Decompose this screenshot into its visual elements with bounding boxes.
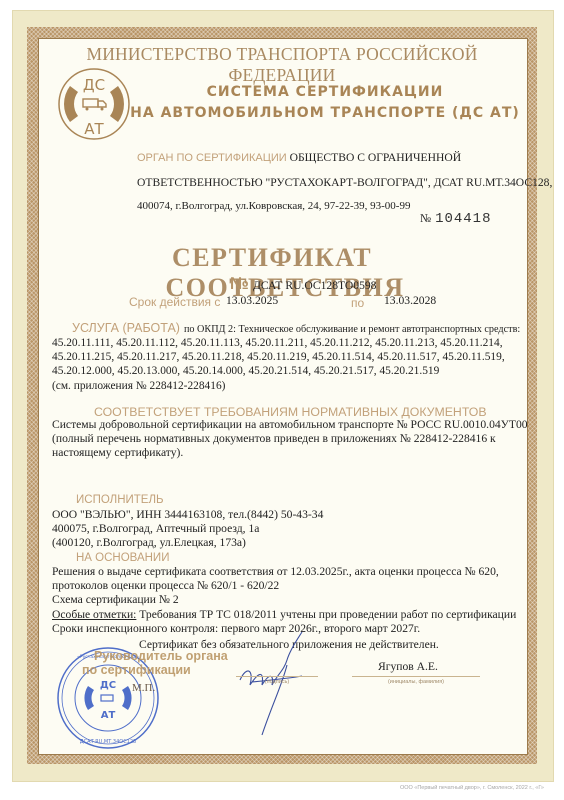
certification-body-name-2: ОТВЕТСТВЕННОСТЬЮ "РУСТАХОКАРТ-ВОЛГОГРАД"… [137, 176, 552, 190]
form-number-sign: № [420, 212, 431, 225]
certification-scheme: Схема сертификации № 2 [52, 593, 532, 607]
basis-details: Решения о выдаче сертификата соответстви… [52, 565, 532, 636]
truck-icon [83, 99, 106, 111]
stamp-code-text: ДСАТ RU.МТ.34ОС128 [80, 739, 136, 745]
certification-body-address: 400074, г.Волгоград, ул.Ковровская, 24, … [137, 199, 410, 213]
basis-protocols: протоколов оценки процесса № 620/1 - 620… [52, 579, 532, 593]
performer-address-alt: (400120, г.Волгоград, ул.Елецкая, 173а) [52, 536, 522, 550]
certification-system-title: СИСТЕМА СЕРТИФИКАЦИИ НА АВТОМОБИЛЬНОМ ТР… [130, 82, 520, 124]
certificate-title: СЕРТИФИКАТСООТВЕТСТВИЯ [60, 243, 510, 303]
conformity-label: СООТВЕТСТВУЕТ ТРЕБОВАНИЯМ НОРМАТИВНЫХ ДО… [94, 405, 487, 419]
printer-imprint: ООО «Первый печатный двор», г. Смоленск,… [400, 785, 544, 791]
logo-bottom-text: АТ [84, 120, 104, 138]
special-notes-text: Требования ТР ТС 018/2011 учтены при про… [136, 608, 516, 621]
conformity-text: Системы добровольной сертификации на авт… [52, 418, 532, 461]
service-section: УСЛУГА (РАБОТА) по ОКПД 2: Техническое о… [72, 321, 532, 337]
certificate-number: № ДСАТ RU.ОС128ТО0598 [230, 274, 376, 294]
special-notes-label: Особые отметки: [52, 608, 136, 621]
certification-body-label: ОРГАН ПО СЕРТИФИКАЦИИ [137, 152, 287, 164]
name-caption: (инициалы, фамилия) [352, 679, 480, 685]
system-title-line2: НА АВТОМОБИЛЬНОМ ТРАНСПОРТЕ (ДС АТ) [130, 103, 520, 124]
head-of-body-label: Руководитель органа по сертификации [74, 649, 228, 677]
signatory-name: Ягупов А.Е. [378, 660, 438, 674]
valid-to-label: по [351, 296, 364, 310]
seal-mark: М.П. [132, 682, 155, 694]
valid-to-date: 13.03.2028 [384, 294, 436, 308]
certificate-title-word1: СЕРТИФИКАТ [172, 243, 372, 272]
service-codes-line: 45.20.12.000, 45.20.13.000, 45.20.14.000… [52, 364, 532, 378]
certificate-number-value: ДСАТ RU.ОС128ТО0598 [253, 279, 377, 292]
service-codes: 45.20.11.111, 45.20.11.112, 45.20.11.113… [52, 336, 532, 393]
form-number: № 104418 [420, 209, 491, 227]
performer-name: ООО "ВЭЛЬЮ", ИНН 3444163108, тел.(8442) … [52, 508, 522, 522]
performer-address: 400075, г.Волгоград, Аптечный проезд, 1а [52, 522, 522, 536]
conformity-line: Системы добровольной сертификации на авт… [52, 418, 532, 432]
service-intro: по ОКПД 2: Техническое обслуживание и ре… [184, 324, 520, 335]
performer-label: ИСПОЛНИТЕЛЬ [76, 494, 164, 506]
stamp-top-text: ДС [100, 680, 116, 691]
system-title-line1: СИСТЕМА СЕРТИФИКАЦИИ [130, 82, 520, 103]
valid-from-date: 13.03.2025 [226, 294, 278, 308]
service-codes-line: 45.20.11.111, 45.20.11.112, 45.20.11.113… [52, 336, 532, 350]
validity-label: Срок действия с [129, 295, 220, 309]
conformity-line: настоящему сертификату). [52, 446, 532, 460]
service-codes-line: 45.20.11.215, 45.20.11.217, 45.20.11.218… [52, 350, 532, 364]
signature-icon [232, 630, 312, 740]
service-appendix-ref: (см. приложения № 228412-228416) [52, 379, 532, 393]
logo-top-text: ДС [83, 76, 105, 94]
name-line [352, 676, 480, 677]
certification-body-line1: ОРГАН ПО СЕРТИФИКАЦИИ ОБЩЕСТВО С ОГРАНИЧ… [137, 151, 461, 165]
stamp-bottom-text: АТ [101, 710, 116, 721]
ds-at-logo-icon: ДС АТ [56, 66, 132, 142]
head-label-line1: Руководитель органа [74, 649, 228, 663]
certification-body-name-1: ОБЩЕСТВО С ОГРАНИЧЕННОЙ [290, 151, 462, 164]
basis-decision: Решения о выдаче сертификата соответстви… [52, 565, 532, 579]
performer-details: ООО "ВЭЛЬЮ", ИНН 3444163108, тел.(8442) … [52, 508, 522, 551]
signature-caption: (подпись) [236, 679, 318, 685]
head-label-line2: по сертификации [74, 663, 228, 677]
form-number-value: 104418 [435, 211, 491, 227]
signature-line [236, 676, 318, 677]
basis-label: НА ОСНОВАНИИ [76, 552, 169, 564]
service-label: УСЛУГА (РАБОТА) [72, 321, 180, 335]
conformity-line: (полный перечень нормативных документов … [52, 432, 532, 446]
certificate-number-sign: № [230, 274, 249, 293]
special-notes: Особые отметки: Требования ТР ТС 018/201… [52, 608, 532, 622]
